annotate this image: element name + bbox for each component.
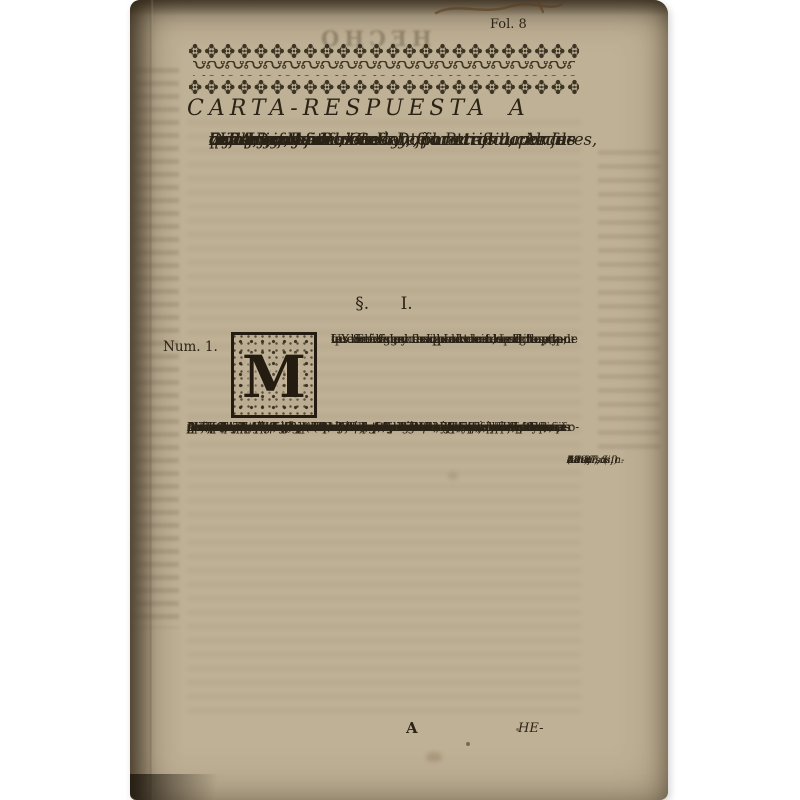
- folio-number: Fol. 8: [490, 17, 527, 32]
- signature-mark: A: [406, 719, 418, 737]
- page-corner-shadow: [130, 774, 262, 800]
- catchword: HE-: [518, 721, 543, 736]
- bleedthrough-right-margin: [598, 150, 660, 450]
- paper-speck: [466, 742, 470, 746]
- paper-stain: [426, 752, 442, 762]
- dropcap-letter: M: [234, 339, 314, 415]
- book-page-photo: HECHO Fol. 8: [130, 0, 668, 800]
- page-crease: [150, 0, 153, 800]
- woodcut-initial-M: M: [231, 332, 317, 418]
- document-title: CARTA-RESPUESTA A: [187, 96, 583, 121]
- fleuron-band-icon: [187, 42, 581, 98]
- margin-number-label: Num. 1.: [163, 339, 218, 355]
- page-top-shadow: [130, 0, 668, 16]
- paper-stain: [448, 472, 458, 480]
- ornamental-band: [187, 42, 581, 98]
- section-mark: §. I.: [187, 294, 581, 314]
